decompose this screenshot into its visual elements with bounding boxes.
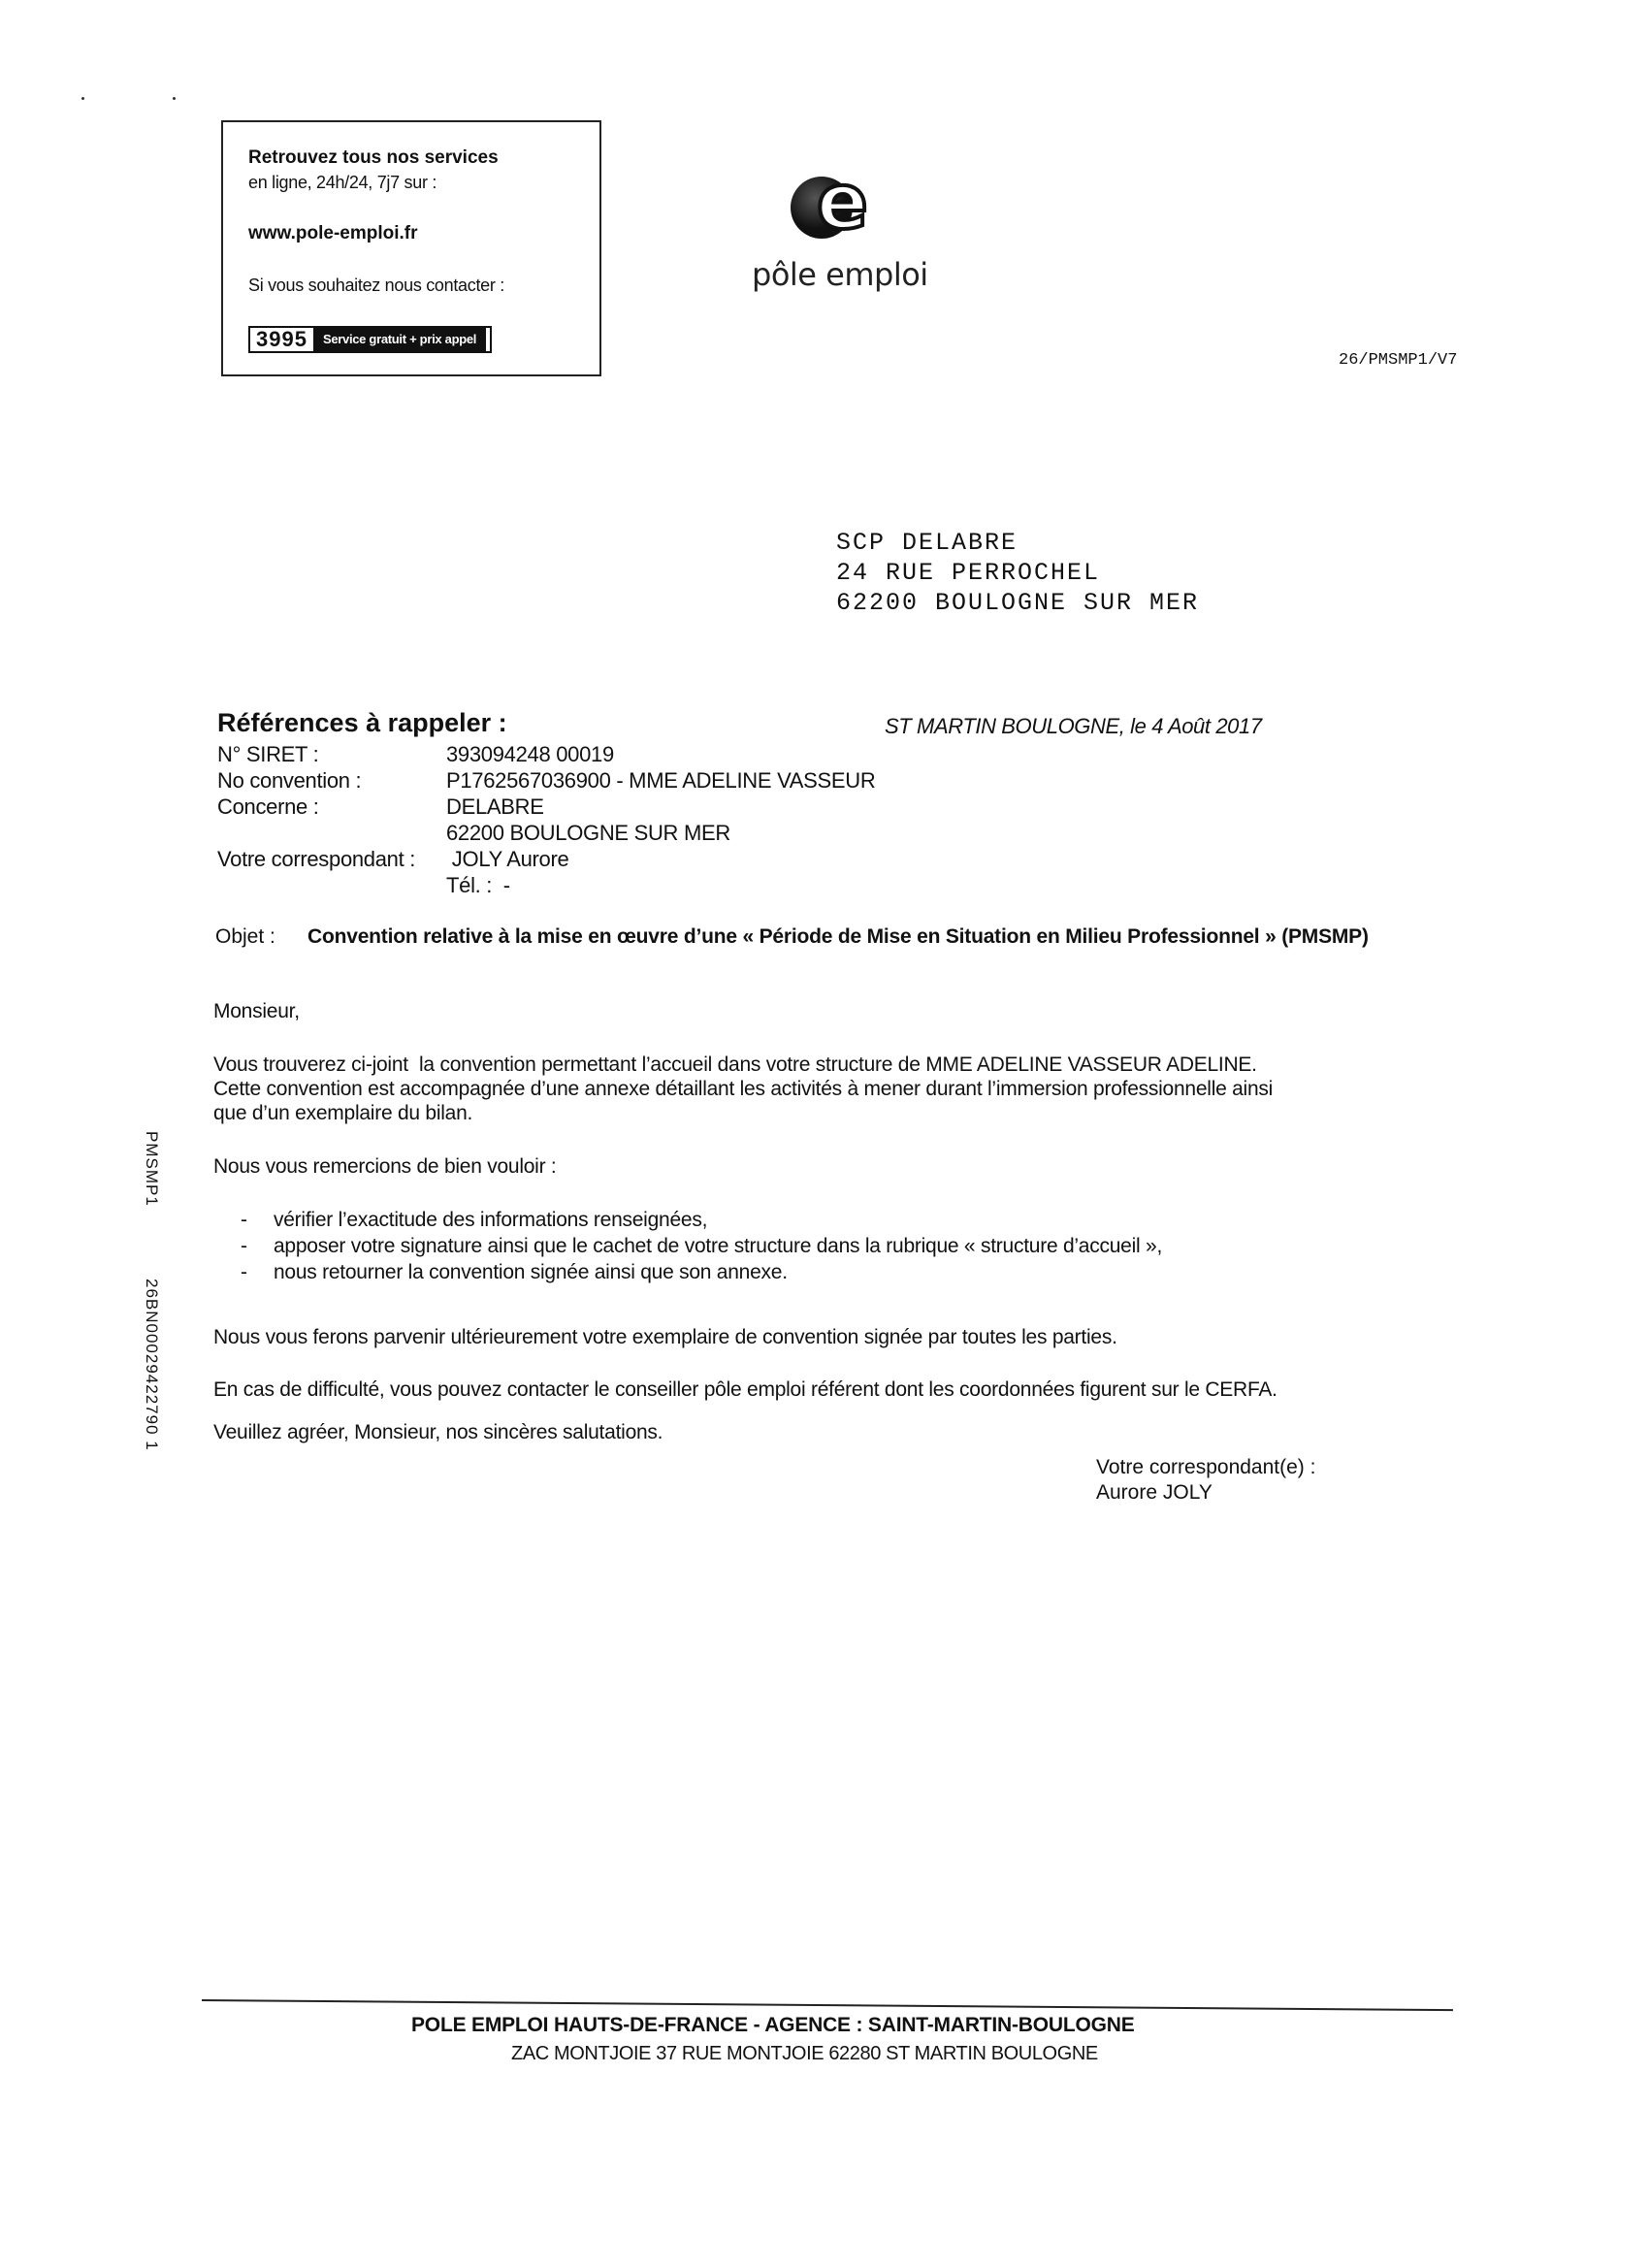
- bullet-marker: -: [241, 1259, 274, 1285]
- info-availability: en ligne, 24h/24, 7j7 sur :: [248, 173, 436, 193]
- date-line: ST MARTIN BOULOGNE, le 4 Août 2017: [885, 714, 1262, 739]
- reference-value: 62200 BOULOGNE SUR MER: [446, 820, 730, 846]
- reference-label: [217, 872, 446, 898]
- list-item-text: nous retourner la convention signée ains…: [274, 1259, 788, 1285]
- reference-label: Votre correspondant :: [217, 846, 446, 872]
- references-title: Références à rappeler :: [217, 708, 507, 738]
- contact-prompt: Si vous souhaitez nous contacter :: [248, 275, 504, 296]
- reference-label: [217, 820, 446, 846]
- subject-label: Objet :: [215, 923, 275, 950]
- reference-label: No convention :: [217, 767, 446, 794]
- info-heading: Retrouvez tous nos services: [248, 147, 499, 169]
- salutation: Monsieur,: [213, 999, 1474, 1023]
- reference-row: 62200 BOULOGNE SUR MER: [217, 820, 875, 846]
- reference-label: Concerne :: [217, 794, 446, 820]
- reference-value: Tél. : -: [446, 872, 510, 898]
- recipient-name: SCP DELABRE: [836, 528, 1199, 558]
- document-code: 26/PMSMP1/V7: [1339, 351, 1457, 370]
- signature-block: Votre correspondant(e) : Aurore JOLY: [1096, 1455, 1315, 1506]
- phone-badge: 3995 Service gratuit + prix appel: [248, 326, 492, 353]
- phone-label: Service gratuit + prix appel: [313, 328, 484, 351]
- paragraph-3: En cas de difficulté, vous pouvez contac…: [213, 1377, 1474, 1402]
- signature-name: Aurore JOLY: [1096, 1480, 1315, 1506]
- list-item: -nous retourner la convention signée ain…: [241, 1259, 1162, 1285]
- scan-speck: [81, 97, 84, 100]
- reference-value: DELABRE: [446, 794, 544, 820]
- reference-row: No convention :P1762567036900 - MME ADEL…: [217, 767, 875, 794]
- bullet-marker: -: [241, 1207, 274, 1233]
- badge-end-mark: [484, 328, 490, 351]
- paragraph-1-line-1: Vous trouverez ci-joint la convention pe…: [213, 1053, 1474, 1077]
- logo-e-glyph: e: [817, 169, 868, 237]
- contact-info-box: Retrouvez tous nos services en ligne, 24…: [221, 120, 601, 376]
- pole-emploi-logo: e pôle emploi: [747, 167, 941, 303]
- list-item-text: vérifier l’exactitude des informations r…: [274, 1207, 707, 1233]
- list-item: -vérifier l’exactitude des informations …: [241, 1207, 1162, 1233]
- recipient-street: 24 RUE PERROCHEL: [836, 558, 1199, 588]
- list-item-text: apposer votre signature ainsi que le cac…: [274, 1233, 1162, 1259]
- reference-value: JOLY Aurore: [446, 846, 568, 872]
- reference-row: N° SIRET :393094248 00019: [217, 741, 875, 767]
- subject-text: Convention relative à la mise en œuvre d…: [307, 923, 1510, 950]
- bullet-marker: -: [241, 1233, 274, 1259]
- request-intro: Nous vous remercions de bien vouloir :: [213, 1154, 1474, 1179]
- side-form-code: PMSMP1: [142, 1131, 161, 1207]
- paragraph-1-line-3: que d’un exemplaire du bilan.: [213, 1101, 1474, 1125]
- scan-speck: [173, 97, 176, 100]
- side-barcode-number: 26BN00029422790 1: [142, 1279, 161, 1451]
- paragraph-2: Nous vous ferons parvenir ultérieurement…: [213, 1325, 1474, 1349]
- footer-divider: [202, 1999, 1453, 2011]
- website-link[interactable]: www.pole-emploi.fr: [248, 223, 418, 244]
- recipient-city: 62200 BOULOGNE SUR MER: [836, 588, 1199, 618]
- reference-row: Votre correspondant : JOLY Aurore: [217, 846, 875, 872]
- reference-row: Tél. : -: [217, 872, 875, 898]
- paragraph-1-line-2: Cette convention est accompagnée d’une a…: [213, 1077, 1474, 1101]
- list-item: -apposer votre signature ainsi que le ca…: [241, 1233, 1162, 1259]
- recipient-address: SCP DELABRE 24 RUE PERROCHEL 62200 BOULO…: [836, 528, 1199, 618]
- reference-value: P1762567036900 - MME ADELINE VASSEUR: [446, 767, 875, 794]
- reference-row: Concerne :DELABRE: [217, 794, 875, 820]
- footer-agency: POLE EMPLOI HAUTS-DE-FRANCE - AGENCE : S…: [411, 2014, 1135, 2037]
- phone-number: 3995: [250, 328, 313, 351]
- reference-label: N° SIRET :: [217, 741, 446, 767]
- logo-text: pôle emploi: [752, 256, 928, 293]
- reference-value: 393094248 00019: [446, 741, 614, 767]
- footer-address: ZAC MONTJOIE 37 RUE MONTJOIE 62280 ST MA…: [511, 2043, 1098, 2065]
- signature-label: Votre correspondant(e) :: [1096, 1455, 1315, 1480]
- request-list: -vérifier l’exactitude des informations …: [241, 1207, 1162, 1285]
- closing: Veuillez agréer, Monsieur, nos sincères …: [213, 1420, 1474, 1444]
- references-list: N° SIRET :393094248 00019 No convention …: [217, 741, 875, 898]
